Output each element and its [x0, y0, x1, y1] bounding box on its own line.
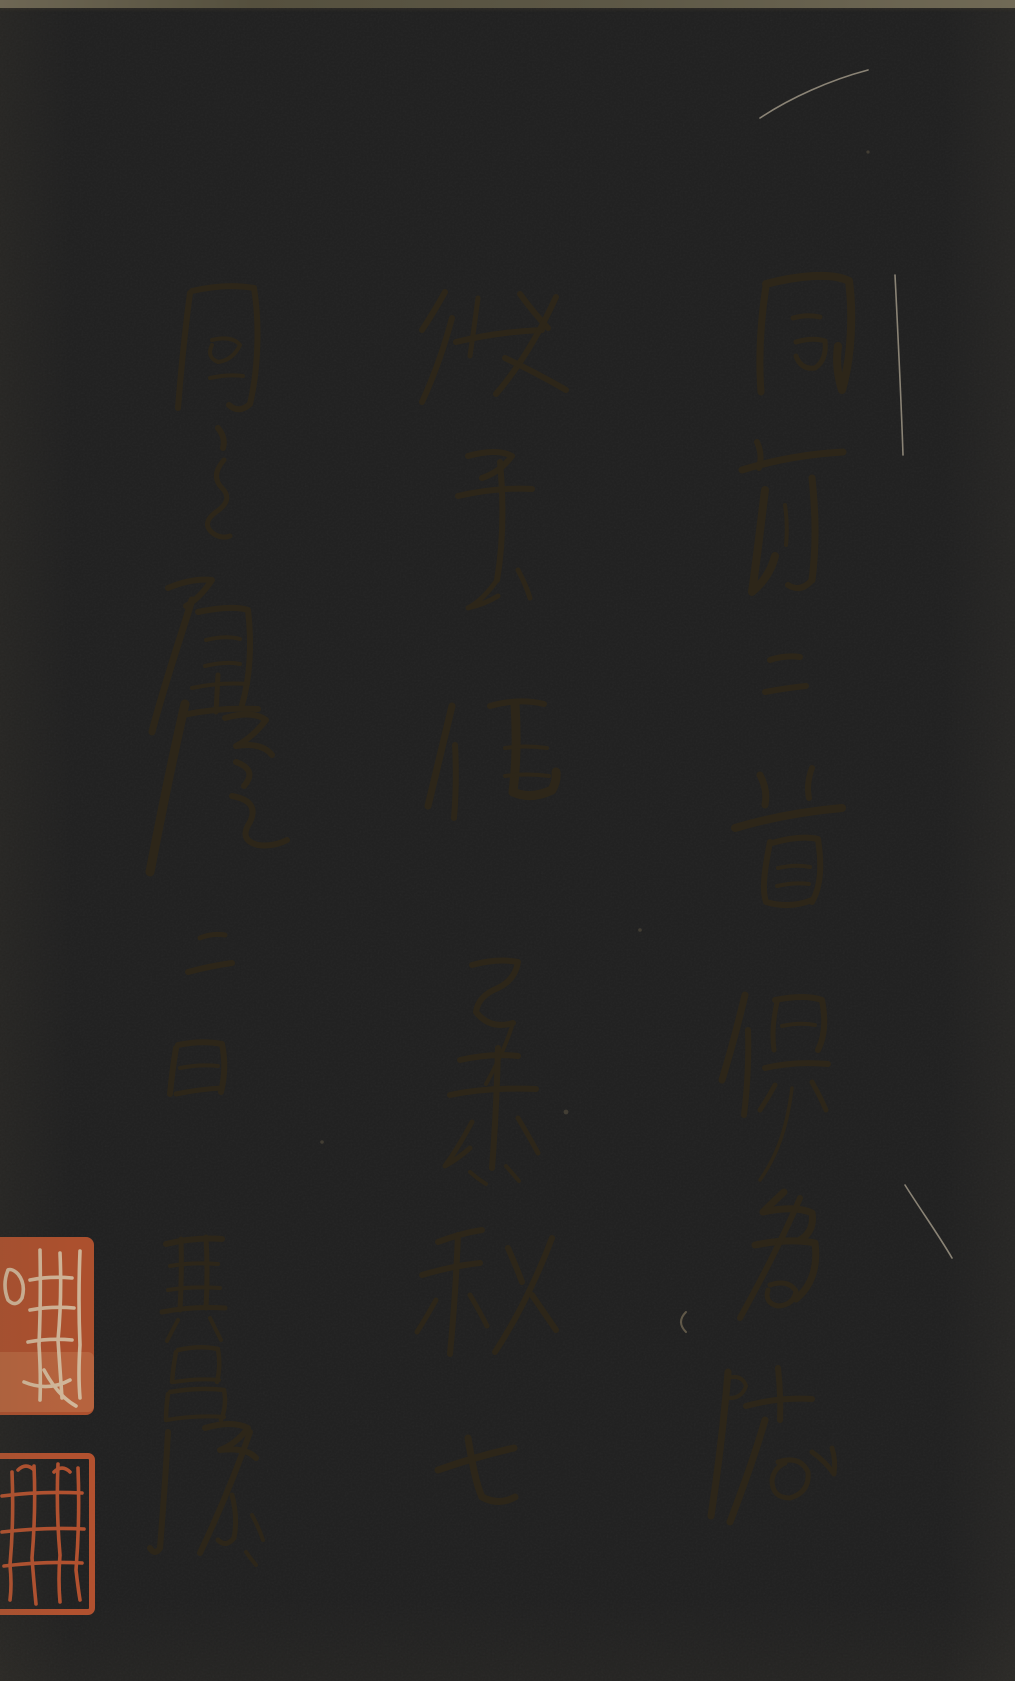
glyph-er-small — [765, 656, 806, 692]
glyph-zhi-note — [150, 1424, 263, 1565]
upper-seal — [0, 1237, 94, 1415]
glyph-zheng — [422, 292, 566, 402]
paper-specks — [320, 150, 869, 1143]
photo-top-edge — [0, 0, 1015, 8]
glyph-wei2 — [445, 1048, 538, 1184]
glyph-er2 — [188, 934, 232, 972]
glyph-ri — [170, 1042, 224, 1094]
ink-signature — [150, 1237, 263, 1565]
glyph-ju — [722, 995, 828, 1180]
lower-seal — [0, 1456, 92, 1612]
glyph-chen — [711, 1368, 835, 1522]
glyph-qi7 — [438, 1438, 515, 1502]
glyph-qian — [742, 442, 843, 592]
paper-creases — [760, 70, 952, 1258]
glyph-wang — [152, 580, 258, 732]
paper-mark — [681, 1312, 686, 1332]
glyph-zhi — [207, 428, 230, 537]
glyph-shou — [735, 768, 842, 905]
glyph-wei — [740, 1192, 816, 1318]
glyph-zuo — [428, 701, 556, 818]
ink-column-1 — [711, 276, 851, 1522]
glyph-jun — [458, 452, 532, 608]
calligraphy-artwork — [0, 0, 1015, 1681]
glyph-tong — [760, 276, 851, 392]
glyph-qiu — [417, 1230, 556, 1354]
ink-column-2 — [417, 292, 566, 1502]
calligraphy-leaf-photo: 同前二首俱為陳 徵君作 己未秋七 月之望後二日 其昌識 — [0, 0, 1015, 1681]
ink-column-3 — [150, 286, 287, 1094]
glyph-hou — [150, 704, 287, 872]
glyph-yue — [178, 286, 257, 409]
glyph-chang — [166, 1347, 225, 1420]
glyph-qi — [162, 1237, 225, 1341]
